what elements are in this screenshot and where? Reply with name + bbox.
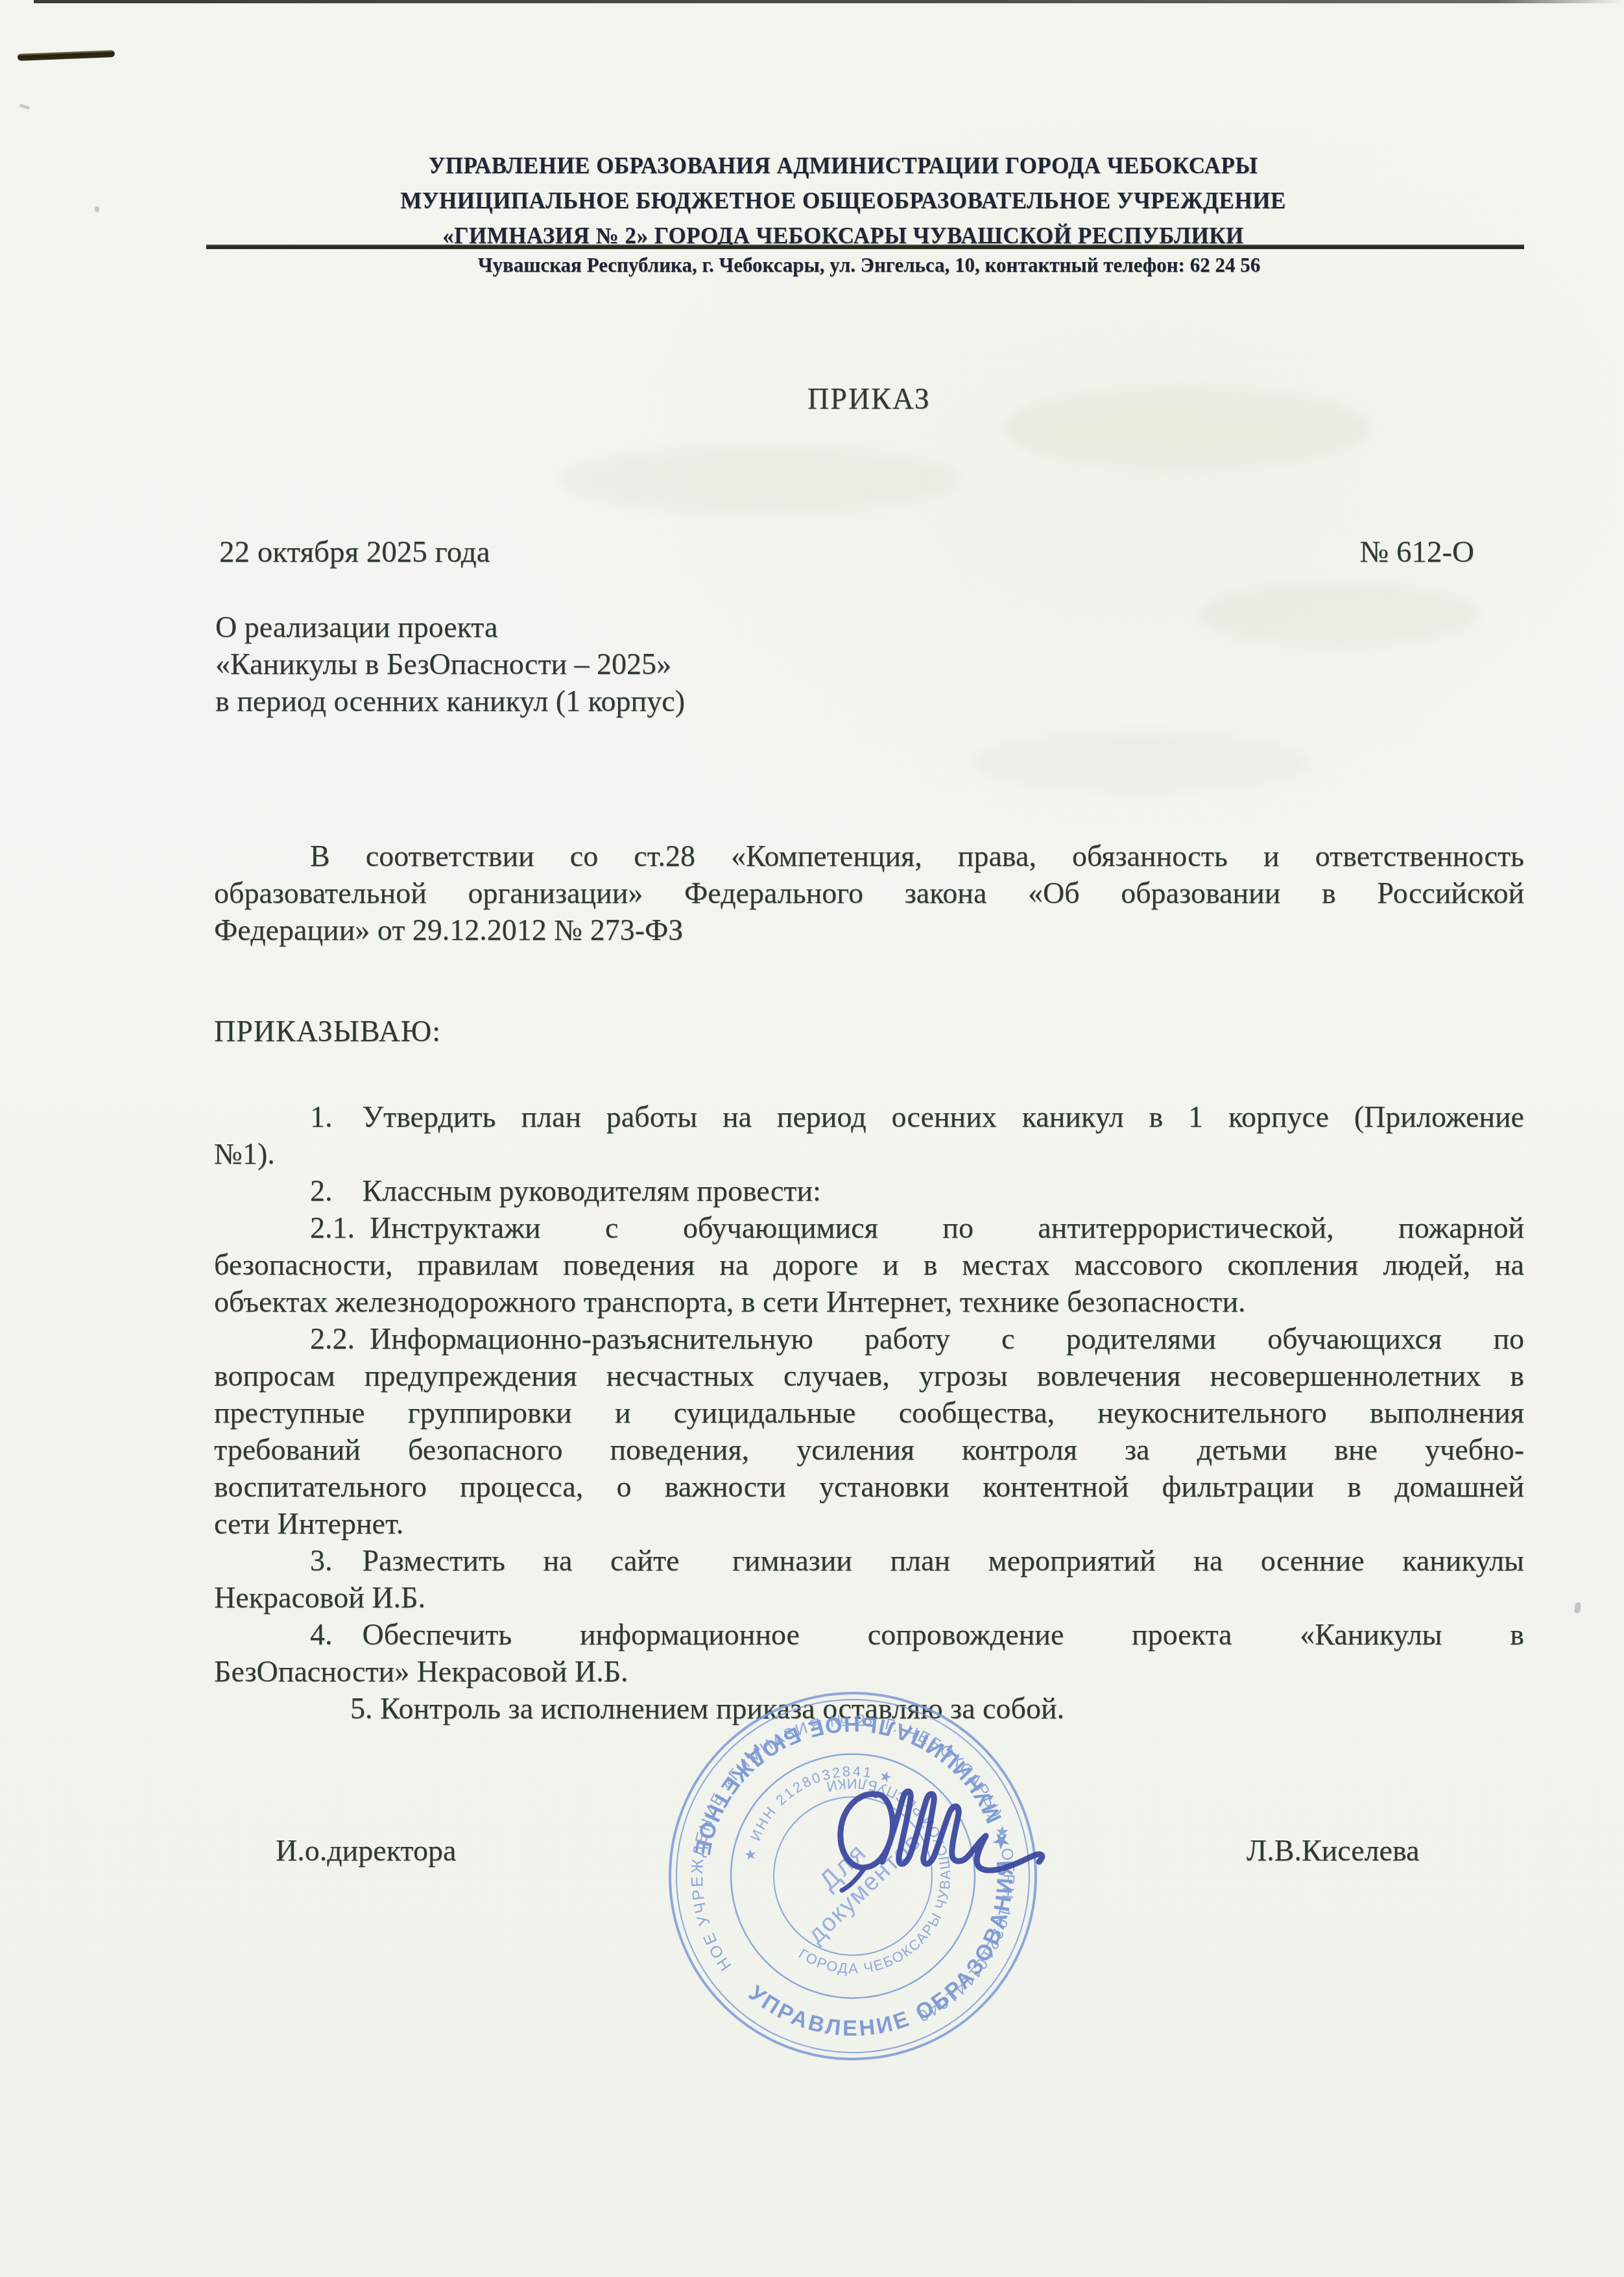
body-line-7: 2.2. Информационно-разъяснительную работ… bbox=[214, 1320, 1524, 1357]
scan-speck bbox=[95, 206, 99, 212]
order-subject: О реализации проекта «Каникулы в БезОпас… bbox=[215, 608, 1123, 719]
body-line-5: безопасности, правилам поведения на доро… bbox=[214, 1246, 1524, 1283]
body-line-14: Некрасовой И.Б. bbox=[214, 1579, 1524, 1616]
preamble-line-2: образовательной организации» Федеральног… bbox=[214, 874, 1524, 911]
scan-corner-mark-artifact bbox=[18, 50, 115, 61]
body-line-6: объектах железнодорожного транспорта, в … bbox=[214, 1283, 1524, 1320]
body-line-12: сети Интернет. bbox=[214, 1505, 1524, 1542]
document-title: ПРИКАЗ bbox=[214, 381, 1524, 416]
signer-position: И.о.директора bbox=[276, 1833, 456, 1868]
body-line-10: требований безопасного поведения, усилен… bbox=[214, 1431, 1524, 1468]
handwritten-signature bbox=[804, 1752, 1077, 1901]
body-line-4: 2.1. Инструктажи с обучающимися по антит… bbox=[214, 1209, 1524, 1246]
scan-speck bbox=[19, 104, 30, 110]
scan-speck bbox=[1574, 1602, 1581, 1613]
body-line-8: вопросам предупреждения несчастных случа… bbox=[214, 1357, 1524, 1394]
subject-line-1: О реализации проекта bbox=[215, 608, 1123, 645]
organization-header: УПРАВЛЕНИЕ ОБРАЗОВАНИЯ АДМИНИСТРАЦИИ ГОР… bbox=[188, 149, 1498, 254]
scan-bleedthrough-smudge bbox=[558, 448, 960, 512]
signature-stroke-main bbox=[841, 1792, 1042, 1871]
scanned-order-document: УПРАВЛЕНИЕ ОБРАЗОВАНИЯ АДМИНИСТРАЦИИ ГОР… bbox=[0, 0, 1624, 2277]
body-line-2: №1). bbox=[214, 1135, 1524, 1172]
body-line-9: преступные группировки и суицидальные со… bbox=[214, 1394, 1524, 1431]
body-line-3: 2. Классным руководителям провести: bbox=[214, 1172, 1524, 1209]
header-divider-rule bbox=[206, 245, 1524, 249]
org-header-line-2: МУНИЦИПАЛЬНОЕ БЮДЖЕТНОЕ ОБЩЕОБРАЗОВАТЕЛЬ… bbox=[188, 184, 1498, 219]
preamble-line-3: Федерации» от 29.12.2012 № 273-ФЗ bbox=[214, 911, 1524, 948]
subject-line-2: «Каникулы в БезОпасности – 2025» bbox=[215, 645, 1123, 682]
signature-stroke-descender bbox=[842, 1867, 865, 1890]
org-header-line-1: УПРАВЛЕНИЕ ОБРАЗОВАНИЯ АДМИНИСТРАЦИИ ГОР… bbox=[188, 149, 1498, 184]
body-line-1: 1. Утвердить план работы на период осенн… bbox=[214, 1098, 1524, 1135]
scan-bleedthrough-smudge bbox=[973, 733, 1310, 791]
preamble-line-1: В соответствии со ст.28 «Компетенция, пр… bbox=[214, 837, 1524, 874]
signer-name: Л.В.Киселева bbox=[1247, 1833, 1419, 1868]
order-preamble: В соответствии со ст.28 «Компетенция, пр… bbox=[214, 837, 1524, 948]
date-number-row: 22 октября 2025 года № 612-О bbox=[214, 535, 1524, 572]
body-line-15: 4. Обеспечить информационное сопровожден… bbox=[214, 1616, 1524, 1653]
order-date: 22 октября 2025 года bbox=[219, 535, 490, 570]
subject-line-3: в период осенних каникул (1 корпус) bbox=[215, 682, 1123, 719]
body-line-13: 3. Разместить на сайте гимназии план мер… bbox=[214, 1542, 1524, 1579]
org-contact-line: Чувашская Республика, г. Чебоксары, ул. … bbox=[214, 254, 1524, 277]
scan-top-edge-artifact bbox=[34, 0, 1624, 3]
order-number: № 612-О bbox=[1359, 535, 1474, 570]
scan-bleedthrough-smudge bbox=[1200, 584, 1479, 645]
order-body: 1. Утвердить план работы на период осенн… bbox=[214, 1098, 1524, 1727]
body-line-11: воспитательного процесса, о важности уст… bbox=[214, 1468, 1524, 1505]
resolve-word: ПРИКАЗЫВАЮ: bbox=[214, 1014, 441, 1048]
